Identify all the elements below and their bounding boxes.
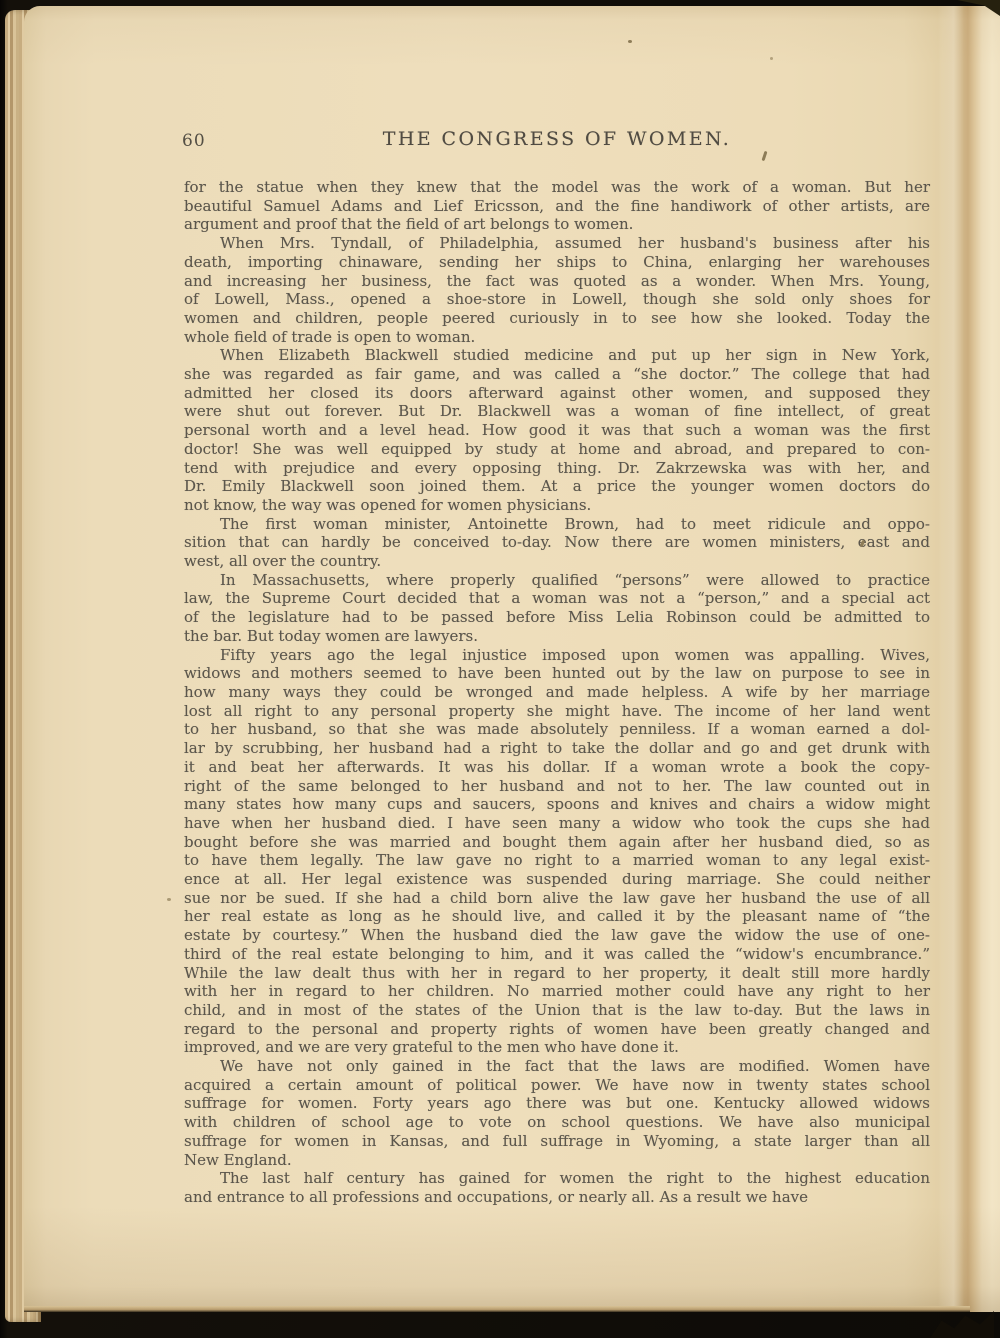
text-line: her real estate as long as he should liv… bbox=[184, 907, 930, 926]
text-line: death, importing chinaware, sending her … bbox=[184, 253, 930, 272]
text-line: Dr. Emily Blackwell soon joined them. At… bbox=[184, 477, 930, 496]
dust-speck bbox=[167, 898, 171, 901]
text-line: estate by courtesy.” When the husband di… bbox=[184, 926, 930, 945]
text-line: acquired a certain amount of political p… bbox=[184, 1076, 930, 1095]
text-line: third of the real estate belonging to hi… bbox=[184, 945, 930, 964]
dust-speck bbox=[770, 57, 773, 60]
text-line: whole field of trade is open to woman. bbox=[184, 328, 930, 347]
text-line: and increasing her business, the fact wa… bbox=[184, 272, 930, 291]
text-line: suffrage for women in Kansas, and full s… bbox=[184, 1132, 930, 1151]
paragraph: In Massachusetts, where properly qualifi… bbox=[184, 571, 930, 646]
text-line: child, and in most of the states of the … bbox=[184, 1001, 930, 1020]
running-header: 60 THE CONGRESS OF WOMEN. bbox=[184, 128, 930, 154]
text-line: with her in regard to her children. No m… bbox=[184, 982, 930, 1001]
text-line: The first woman minister, Antoinette Bro… bbox=[184, 515, 930, 534]
text-line: were shut out forever. But Dr. Blackwell… bbox=[184, 402, 930, 421]
text-line: have when her husband died. I have seen … bbox=[184, 814, 930, 833]
text-line: it and beat her afterwards. It was his d… bbox=[184, 758, 930, 777]
text-line: with children of school age to vote on s… bbox=[184, 1113, 930, 1132]
text-line: ence at all. Her legal existence was sus… bbox=[184, 870, 930, 889]
text-line: beautiful Samuel Adams and Lief Ericsson… bbox=[184, 197, 930, 216]
printed-area: 60 THE CONGRESS OF WOMEN. for the statue… bbox=[184, 128, 930, 1207]
text-line: argument and proof that the field of art… bbox=[184, 215, 930, 234]
text-line: sue nor be sued. If she had a child born… bbox=[184, 889, 930, 908]
text-line: to have them legally. The law gave no ri… bbox=[184, 851, 930, 870]
text-line: doctor! She was well equipped by study a… bbox=[184, 440, 930, 459]
book-page-scan: 60 THE CONGRESS OF WOMEN. for the statue… bbox=[0, 0, 1000, 1338]
paragraph: We have not only gained in the fact that… bbox=[184, 1057, 930, 1169]
dust-speck bbox=[628, 40, 632, 43]
text-line: When Mrs. Tyndall, of Philadelphia, assu… bbox=[184, 234, 930, 253]
text-line: she was regarded as fair game, and was c… bbox=[184, 365, 930, 384]
text-line: We have not only gained in the fact that… bbox=[184, 1057, 930, 1076]
text-line: the bar. But today women are lawyers. bbox=[184, 627, 930, 646]
paragraph: When Elizabeth Blackwell studied medicin… bbox=[184, 346, 930, 514]
text-line: New England. bbox=[184, 1151, 930, 1170]
text-line: lost all right to any personal property … bbox=[184, 702, 930, 721]
paragraph: The first woman minister, Antoinette Bro… bbox=[184, 515, 930, 571]
text-line: for the statue when they knew that the m… bbox=[184, 178, 930, 197]
text-line: The last half century has gained for wom… bbox=[184, 1169, 930, 1188]
text-line: how many ways they could be wronged and … bbox=[184, 683, 930, 702]
text-line: bought before she was married and bought… bbox=[184, 833, 930, 852]
text-line: regard to the personal and property righ… bbox=[184, 1020, 930, 1039]
text-line: In Massachusetts, where properly qualifi… bbox=[184, 571, 930, 590]
text-line: suffrage for women. Forty years ago ther… bbox=[184, 1094, 930, 1113]
text-line: sition that can hardly be conceived to-d… bbox=[184, 533, 930, 552]
text-line: improved, and we are very grateful to th… bbox=[184, 1038, 930, 1057]
paragraph: When Mrs. Tyndall, of Philadelphia, assu… bbox=[184, 234, 930, 346]
paragraph: The last half century has gained for wom… bbox=[184, 1169, 930, 1206]
bottom-right-shadow bbox=[930, 1308, 994, 1338]
paragraph: Fifty years ago the legal injustice impo… bbox=[184, 646, 930, 1057]
text-line: law, the Supreme Court decided that a wo… bbox=[184, 589, 930, 608]
text-line: lar by scrubbing, her husband had a righ… bbox=[184, 739, 930, 758]
page-body-text: for the statue when they knew that the m… bbox=[184, 178, 930, 1207]
text-line: west, all over the country. bbox=[184, 552, 930, 571]
book-page: 60 THE CONGRESS OF WOMEN. for the statue… bbox=[24, 6, 1000, 1312]
text-line: While the law dealt thus with her in reg… bbox=[184, 964, 930, 983]
text-line: widows and mothers seemed to have been h… bbox=[184, 664, 930, 683]
text-line: right of the same belonged to her husban… bbox=[184, 777, 930, 796]
page-title: THE CONGRESS OF WOMEN. bbox=[184, 128, 930, 150]
text-line: and entrance to all professions and occu… bbox=[184, 1188, 930, 1207]
text-line: of the legislature had to be passed befo… bbox=[184, 608, 930, 627]
text-line: admitted her closed its doors afterward … bbox=[184, 384, 930, 403]
text-line: of Lowell, Mass., opened a shoe-store in… bbox=[184, 290, 930, 309]
text-line: tend with prejudice and every opposing t… bbox=[184, 459, 930, 478]
text-line: to her husband, so that she was made abs… bbox=[184, 720, 930, 739]
text-line: When Elizabeth Blackwell studied medicin… bbox=[184, 346, 930, 365]
text-line: many states how many cups and saucers, s… bbox=[184, 795, 930, 814]
text-line: personal worth and a level head. How goo… bbox=[184, 421, 930, 440]
page-number: 60 bbox=[182, 131, 206, 151]
text-line: women and children, people peered curiou… bbox=[184, 309, 930, 328]
paragraph: for the statue when they knew that the m… bbox=[184, 178, 930, 234]
text-line: not know, the way was opened for women p… bbox=[184, 496, 930, 515]
page-bottom-edge bbox=[24, 1306, 970, 1312]
text-line: Fifty years ago the legal injustice impo… bbox=[184, 646, 930, 665]
